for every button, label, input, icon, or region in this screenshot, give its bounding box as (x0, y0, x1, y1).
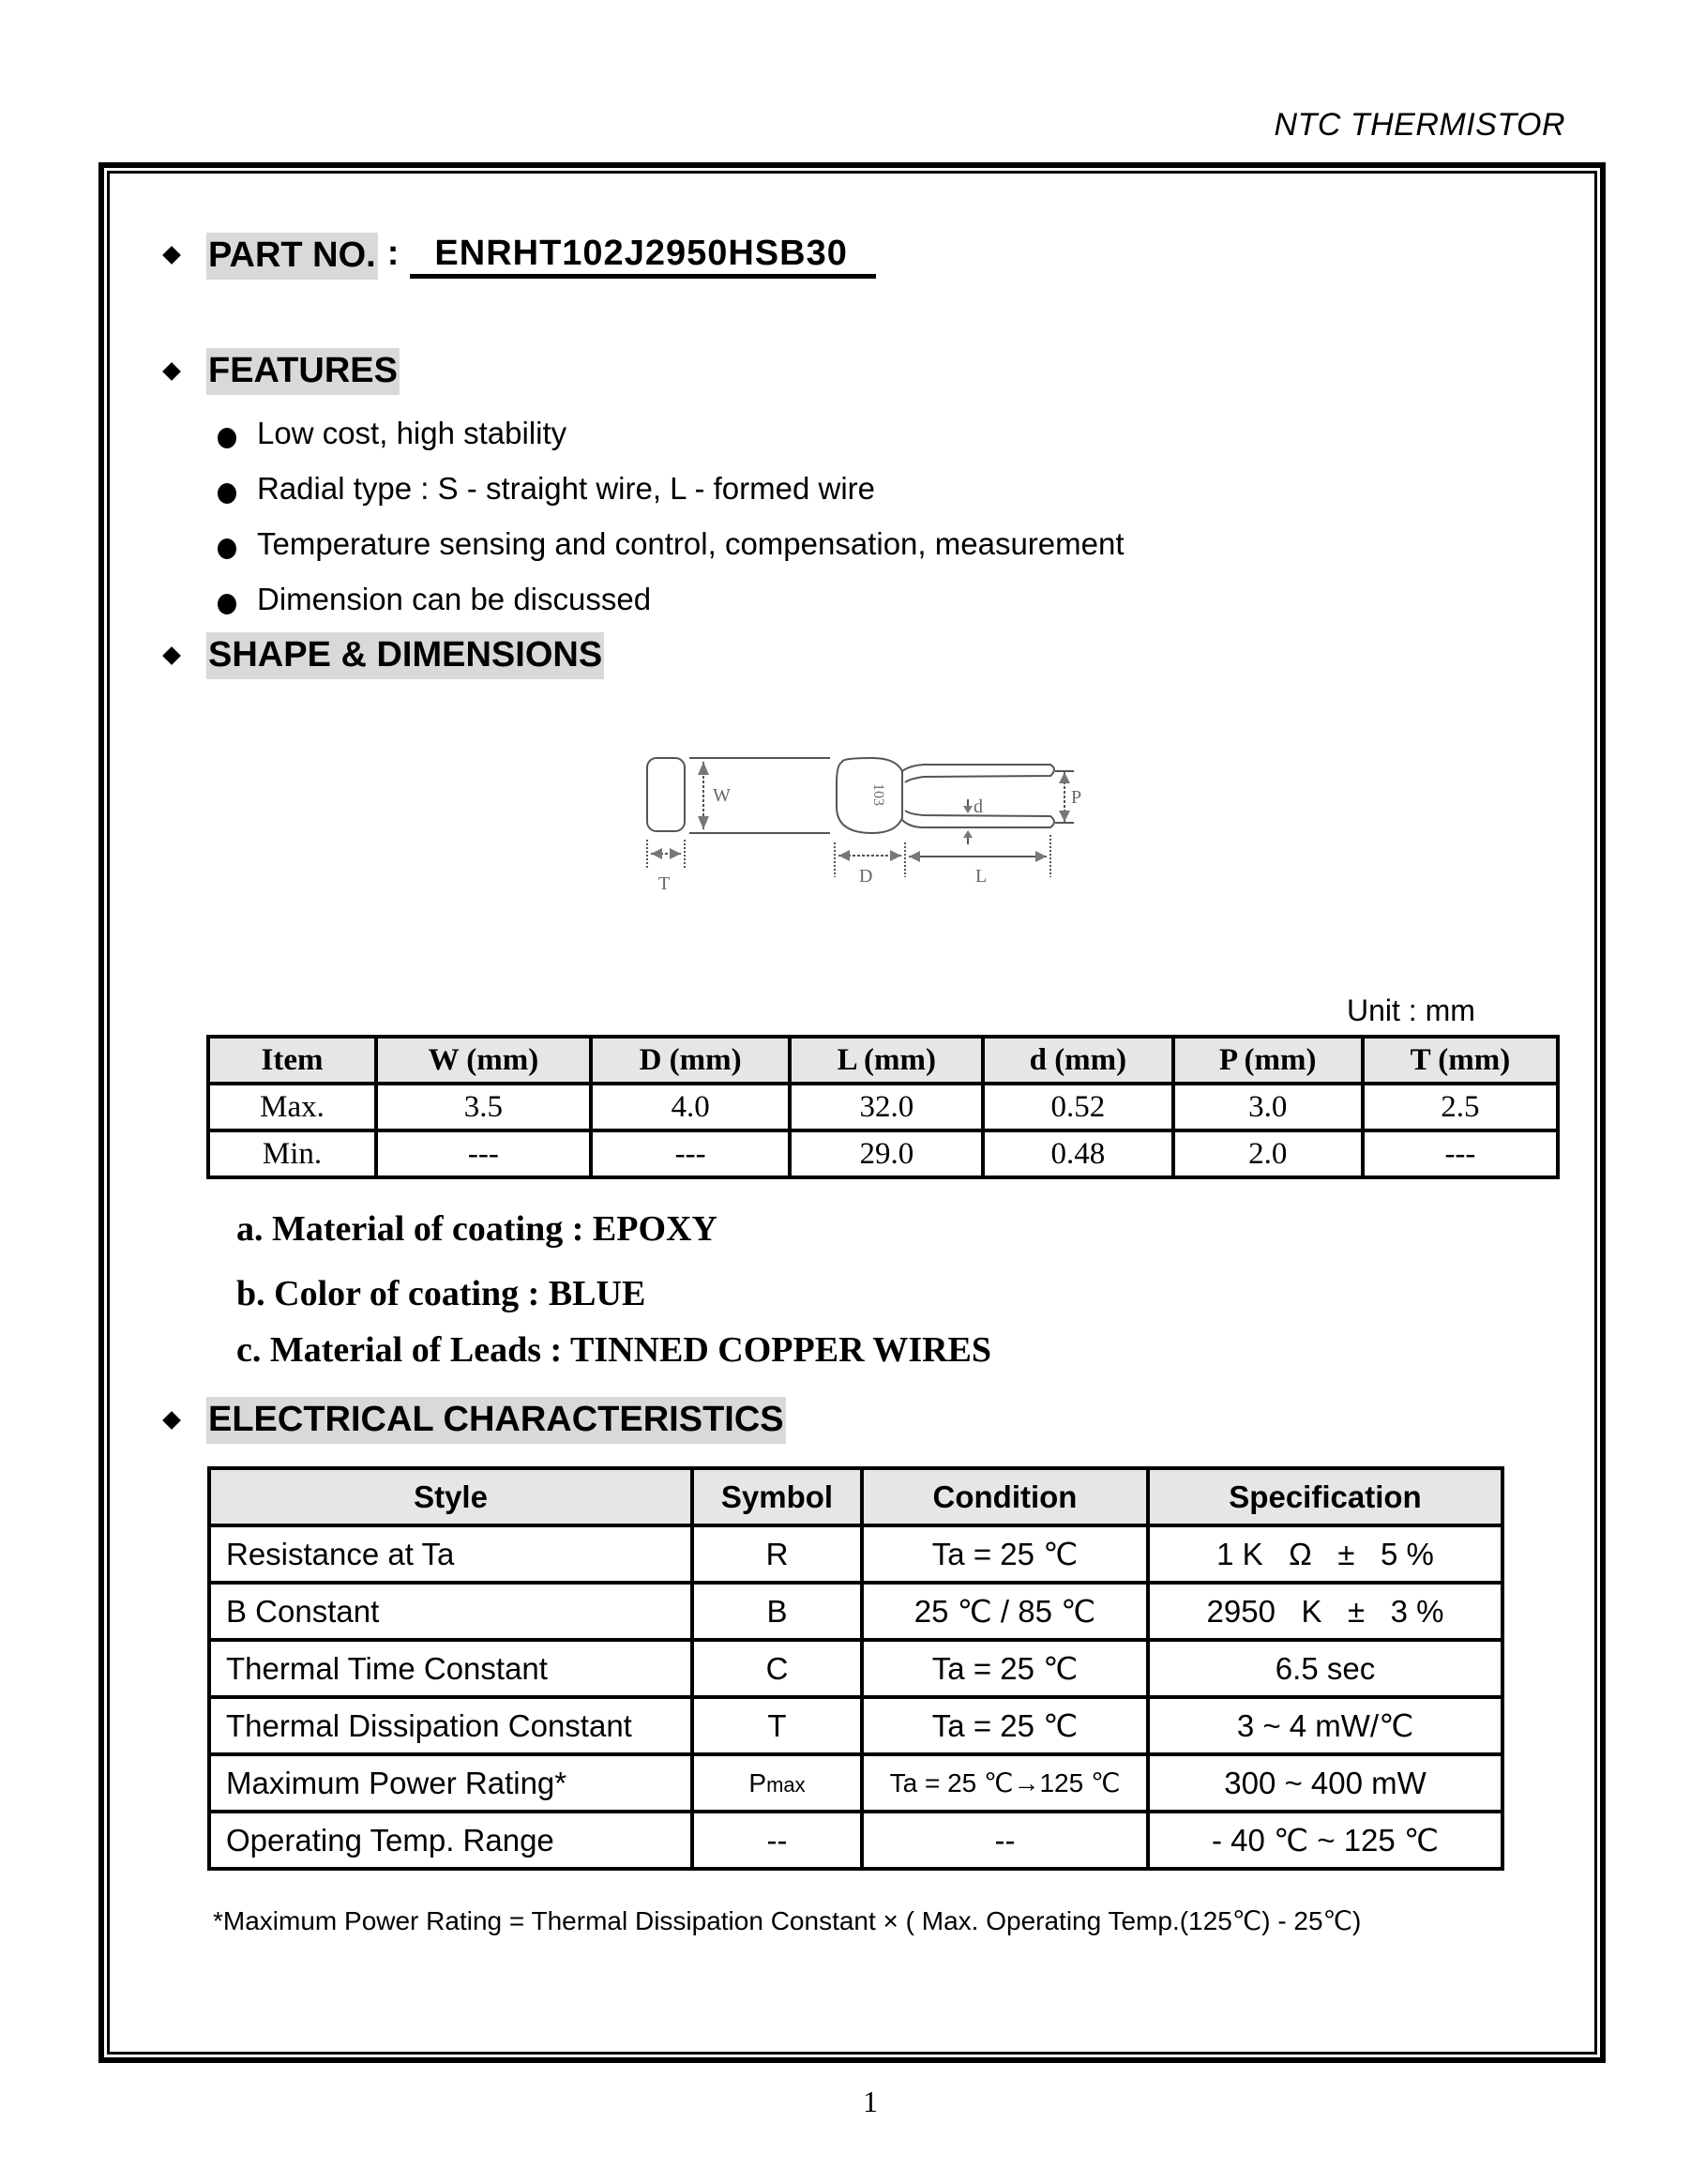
document-header-title: NTC THERMISTOR (1275, 107, 1565, 144)
table-cell: Min. (208, 1130, 376, 1177)
table-cell: 29.0 (790, 1130, 983, 1177)
table-row: B Constant B 25 ℃ / 85 ℃ 2950 K ± 3 % (209, 1583, 1502, 1640)
table-cell: 6.5 sec (1148, 1640, 1502, 1697)
table-header-row: Item W (mm) D (mm) L (mm) d (mm) P (mm) … (208, 1037, 1558, 1084)
diagram-label-l: L (975, 866, 987, 887)
table-cell: -- (692, 1812, 862, 1869)
lead-material-line: c. Material of Leads : TINNED COPPER WIR… (236, 1328, 991, 1372)
dimensions-table: Item W (mm) D (mm) L (mm) d (mm) P (mm) … (206, 1035, 1560, 1179)
coating-color-line: b. Color of coating : BLUE (236, 1272, 645, 1315)
table-row: Thermal Time Constant C Ta = 25 ℃ 6.5 se… (209, 1640, 1502, 1697)
table-cell: Max. (208, 1084, 376, 1130)
table-cell: 32.0 (790, 1084, 983, 1130)
table-row: Thermal Dissipation Constant T Ta = 25 ℃… (209, 1697, 1502, 1754)
diagram-label-t: T (658, 873, 670, 894)
part-number-label: PART NO. (206, 233, 378, 280)
table-cell: Ta = 25 ℃→125 ℃ (862, 1754, 1148, 1812)
bullet-dot-icon (218, 594, 236, 614)
table-header-cell: L (mm) (790, 1037, 983, 1084)
electrical-heading: ELECTRICAL CHARACTERISTICS (206, 1397, 786, 1444)
table-header-cell: P (mm) (1173, 1037, 1363, 1084)
table-header-cell: Item (208, 1037, 376, 1084)
table-cell: 2950 K ± 3 % (1148, 1583, 1502, 1640)
table-cell: 4.0 (591, 1084, 791, 1130)
shape-dimensions-heading: SHAPE & DIMENSIONS (206, 632, 604, 679)
feature-text: Temperature sensing and control, compens… (257, 525, 1125, 563)
table-cell: Resistance at Ta (209, 1525, 692, 1583)
table-cell: --- (1363, 1130, 1558, 1177)
table-cell: B Constant (209, 1583, 692, 1640)
electrical-characteristics-table: Style Symbol Condition Specification Res… (207, 1466, 1504, 1871)
symbol-main: P (748, 1768, 766, 1797)
table-row: Resistance at Ta R Ta = 25 ℃ 1 K Ω ± 5 % (209, 1525, 1502, 1583)
diagram-marking: 103 (870, 783, 886, 806)
table-cell: Operating Temp. Range (209, 1812, 692, 1869)
unit-label: Unit : mm (1347, 993, 1475, 1028)
table-cell: 2.0 (1173, 1130, 1363, 1177)
diagram-label-w: W (713, 785, 731, 806)
footnote: *Maximum Power Rating = Thermal Dissipat… (213, 1905, 1361, 1937)
table-cell: Ta = 25 ℃ (862, 1525, 1148, 1583)
feature-text: Dimension can be discussed (257, 581, 651, 618)
table-header-cell: Style (209, 1468, 692, 1525)
table-row: Max. 3.5 4.0 32.0 0.52 3.0 2.5 (208, 1084, 1558, 1130)
table-cell: Thermal Time Constant (209, 1640, 692, 1697)
page-number: 1 (863, 2085, 878, 2119)
table-header-cell: D (mm) (591, 1037, 791, 1084)
table-cell: T (692, 1697, 862, 1754)
table-cell: -- (862, 1812, 1148, 1869)
bullet-dot-icon (218, 483, 236, 504)
part-number-row: PART NO. : ENRHT102J2950HSB30 (206, 233, 876, 280)
table-cell: Thermal Dissipation Constant (209, 1697, 692, 1754)
table-header-cell: d (mm) (983, 1037, 1172, 1084)
table-cell: 2.5 (1363, 1084, 1558, 1130)
feature-text: Radial type : S - straight wire, L - for… (257, 470, 875, 508)
feature-text: Low cost, high stability (257, 415, 566, 452)
symbol-subscript: max (766, 1773, 806, 1797)
table-header-cell: Condition (862, 1468, 1148, 1525)
front-view-body (837, 758, 902, 833)
table-cell: 0.48 (983, 1130, 1172, 1177)
table-cell: 25 ℃ / 85 ℃ (862, 1583, 1148, 1640)
table-row: Operating Temp. Range -- -- - 40 ℃ ~ 125… (209, 1812, 1502, 1869)
table-header-cell: W (mm) (376, 1037, 591, 1084)
bullet-dot-icon (218, 538, 236, 559)
diagram-label-d-body: D (859, 866, 872, 887)
part-number-value: ENRHT102J2950HSB30 (410, 233, 875, 279)
table-cell: 3.5 (376, 1084, 591, 1130)
table-row: Min. --- --- 29.0 0.48 2.0 --- (208, 1130, 1558, 1177)
table-row: Maximum Power Rating* Pmax Ta = 25 ℃→125… (209, 1754, 1502, 1812)
table-cell: --- (376, 1130, 591, 1177)
material-coating-line: a. Material of coating : EPOXY (236, 1207, 717, 1251)
table-cell: C (692, 1640, 862, 1697)
diagram-label-d-wire: d (974, 796, 983, 817)
table-cell: R (692, 1525, 862, 1583)
table-cell: 300 ~ 400 mW (1148, 1754, 1502, 1812)
table-cell: Ta = 25 ℃ (862, 1697, 1148, 1754)
table-header-cell: Specification (1148, 1468, 1502, 1525)
part-number-colon: : (387, 233, 400, 274)
diagram-label-p: P (1071, 787, 1081, 808)
table-cell: Ta = 25 ℃ (862, 1640, 1148, 1697)
table-cell: B (692, 1583, 862, 1640)
table-header-row: Style Symbol Condition Specification (209, 1468, 1502, 1525)
table-cell: 3 ~ 4 mW/℃ (1148, 1697, 1502, 1754)
table-header-cell: T (mm) (1363, 1037, 1558, 1084)
table-cell: 1 K Ω ± 5 % (1148, 1525, 1502, 1583)
table-header-cell: Symbol (692, 1468, 862, 1525)
features-heading: FEATURES (206, 348, 400, 395)
table-cell: Maximum Power Rating* (209, 1754, 692, 1812)
thermistor-dimension-diagram: W T D d L P 103 (638, 741, 1107, 929)
table-cell: - 40 ℃ ~ 125 ℃ (1148, 1812, 1502, 1869)
table-cell-symbol: Pmax (692, 1754, 862, 1812)
side-view-body (647, 758, 685, 831)
table-cell: 3.0 (1173, 1084, 1363, 1130)
bullet-dot-icon (218, 428, 236, 448)
table-cell: --- (591, 1130, 791, 1177)
table-cell: 0.52 (983, 1084, 1172, 1130)
